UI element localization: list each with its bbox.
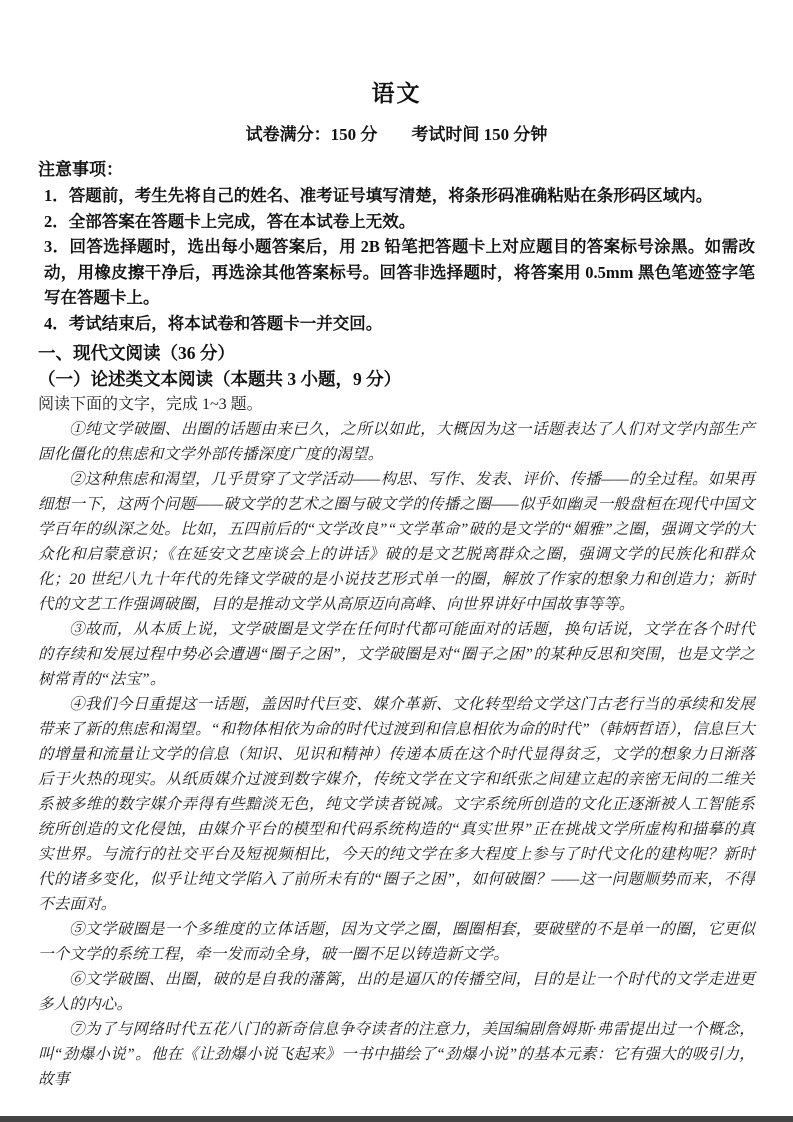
page-title: 语文	[38, 80, 755, 108]
passage-paragraph-6: ⑥文学破圈、出圈，破的是自我的藩篱，出的是逼仄的传播空间，目的是让一个时代的文学…	[38, 967, 755, 1017]
notice-item-4: 4．考试结束后，将本试卷和答题卡一并交回。	[38, 311, 755, 337]
document-sheet: 语文 试卷满分：150 分 考试时间 150 分钟 注意事项： 1．答题前，考生…	[0, 0, 793, 1122]
reading-passage: ①纯文学破圈、出圈的话题由来已久，之所以如此，大概因为这一话题表达了人们对文学内…	[38, 417, 755, 1092]
passage-paragraph-2: ②这种焦虑和渴望，几乎贯穿了文学活动——构思、写作、发表、评价、传播——的全过程…	[38, 467, 755, 617]
exam-paper-page: { "page": { "title": "语文", "meta_line": …	[0, 0, 793, 1122]
section-heading-modern-reading: 一、现代文阅读（36 分）	[38, 340, 755, 366]
page-bottom-edge	[0, 1116, 793, 1122]
passage-paragraph-7: ⑦为了与网络时代五花八门的新奇信息争夺读者的注意力，美国编剧詹姆斯·弗雷提出过一…	[38, 1017, 755, 1092]
passage-paragraph-4: ④我们今日重提这一话题，盖因时代巨变、媒介革新、文化转型给文学这门古老行当的承续…	[38, 692, 755, 917]
notice-heading: 注意事项：	[38, 157, 755, 183]
section-subheading-argumentative-reading: （一）论述类文本阅读（本题共 3 小题，9 分）	[38, 366, 755, 393]
passage-paragraph-1: ①纯文学破圈、出圈的话题由来已久，之所以如此，大概因为这一话题表达了人们对文学内…	[38, 417, 755, 467]
passage-paragraph-3: ③故而，从本质上说，文学破圈是文学在任何时代都可能面对的话题，换句话说，文学在各…	[38, 617, 755, 692]
notice-item-2: 2．全部答案在答题卡上完成，答在本试卷上无效。	[38, 209, 755, 235]
notice-item-1: 1．答题前，考生先将自己的姓名、准考证号填写清楚，将条形码准确粘贴在条形码区域内…	[38, 183, 755, 209]
passage-paragraph-5: ⑤文学破圈是一个多维度的立体话题，因为文学之圈，圈圈相套，要破壁的不是单一的圈，…	[38, 917, 755, 967]
notice-item-3: 3．回答选择题时，选出每小题答案后，用 2B 铅笔把答题卡上对应题目的答案标号涂…	[38, 234, 755, 311]
exam-meta-line: 试卷满分：150 分 考试时间 150 分钟	[38, 123, 755, 147]
reading-intro: 阅读下面的文字，完成 1~3 题。	[38, 393, 755, 417]
